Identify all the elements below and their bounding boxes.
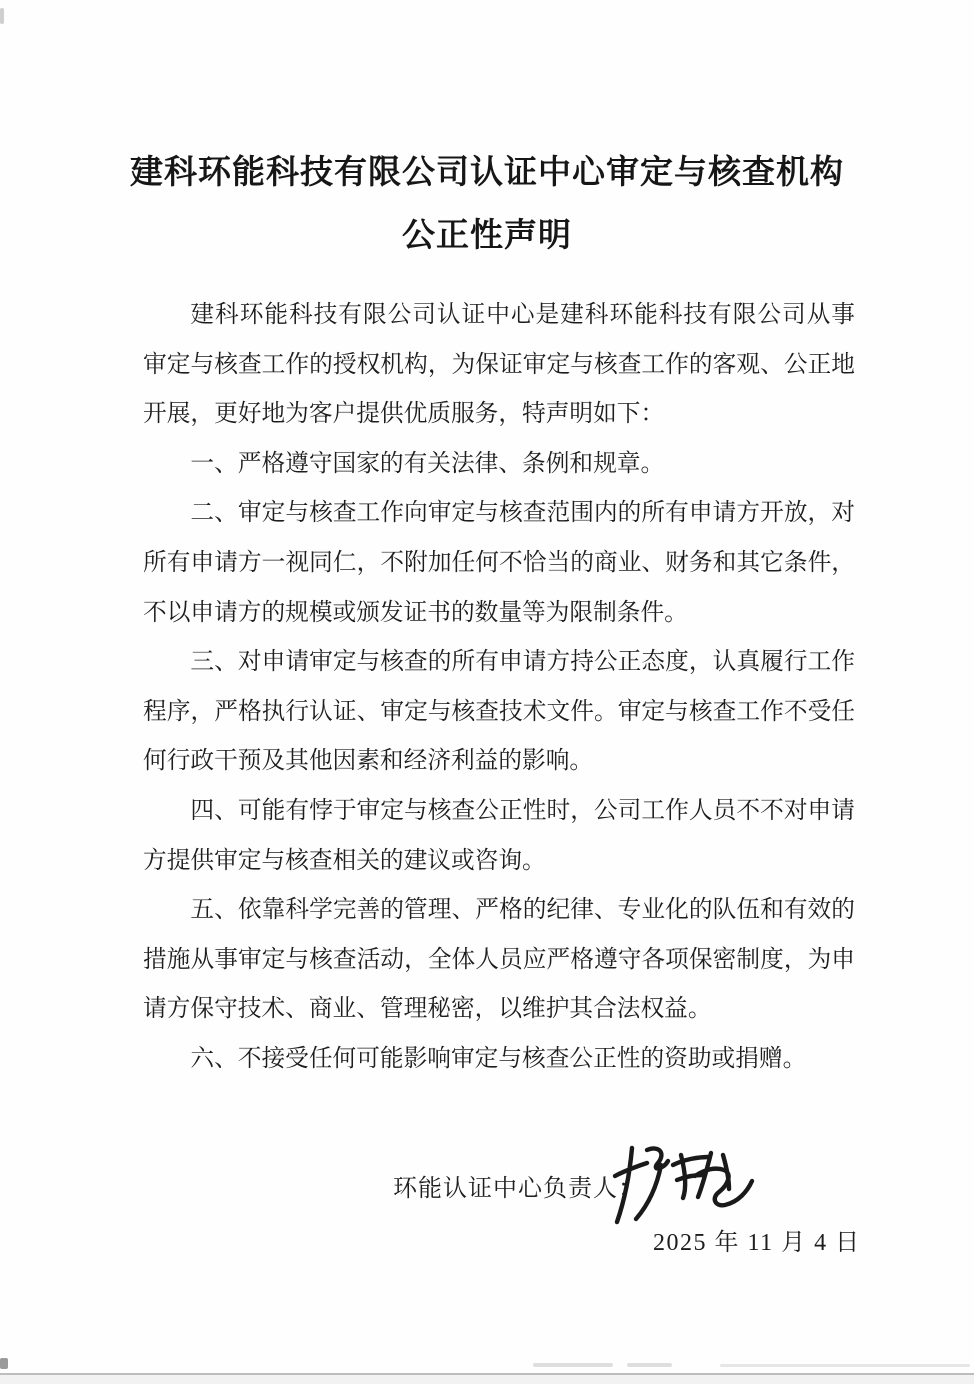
text-line: 一、严格遵守国家的有关法律、条例和规章。: [143, 440, 855, 490]
paragraph: 一、严格遵守国家的有关法律、条例和规章。: [143, 440, 855, 490]
scan-artifact: [533, 1363, 613, 1367]
text-line: 所有申请方一视同仁，不附加任何不恰当的商业、财务和其它条件，: [143, 539, 855, 589]
date-text: 2025 年 11 月 4 日: [653, 1222, 861, 1257]
text-line: 程序，严格执行认证、审定与核查技术文件。审定与核查工作不受任: [143, 688, 855, 738]
paragraph: 二、审定与核查工作向审定与核查范围内的所有申请方开放，对所有申请方一视同仁，不附…: [143, 489, 855, 638]
document-title: 建科环能科技有限公司认证中心审定与核查机构 公正性声明: [0, 140, 974, 266]
text-line: 五、依靠科学完善的管理、严格的纪律、专业化的队伍和有效的: [143, 886, 855, 936]
document-body: 建科环能科技有限公司认证中心是建科环能科技有限公司从事审定与核查工作的授权机构，…: [143, 291, 855, 1085]
text-line: 三、对申请审定与核查的所有申请方持公正态度，认真履行工作: [143, 638, 855, 688]
text-line: 请方保守技术、商业、管理秘密，以维护其合法权益。: [143, 985, 855, 1035]
signature-handwriting: [610, 1136, 760, 1231]
paragraph: 六、不接受任何可能影响审定与核查公正性的资助或捐赠。: [143, 1035, 855, 1085]
paragraph: 建科环能科技有限公司认证中心是建科环能科技有限公司从事审定与核查工作的授权机构，…: [143, 291, 855, 440]
text-line: 二、审定与核查工作向审定与核查范围内的所有申请方开放，对: [143, 489, 855, 539]
text-line: 建科环能科技有限公司认证中心是建科环能科技有限公司从事: [143, 291, 855, 341]
paragraph: 四、可能有悖于审定与核查公正性时，公司工作人员不不对申请方提供审定与核查相关的建…: [143, 787, 855, 886]
text-line: 开展，更好地为客户提供优质服务，特声明如下：: [143, 390, 855, 440]
text-line: 措施从事审定与核查活动，全体人员应严格遵守各项保密制度，为申: [143, 936, 855, 986]
scan-strip-bottom: [0, 1375, 974, 1384]
scanned-document-page: 建科环能科技有限公司认证中心审定与核查机构 公正性声明 建科环能科技有限公司认证…: [0, 0, 974, 1384]
title-line-2: 公正性声明: [0, 203, 974, 266]
scan-artifact: [0, 1358, 8, 1369]
text-line: 何行政干预及其他因素和经济利益的影响。: [143, 737, 855, 787]
scan-artifact: [627, 1363, 672, 1367]
text-line: 方提供审定与核查相关的建议或咨询。: [143, 837, 855, 887]
paragraph: 五、依靠科学完善的管理、严格的纪律、专业化的队伍和有效的措施从事审定与核查活动，…: [143, 886, 855, 1035]
signature-label: 环能认证中心负责人：: [393, 1168, 643, 1203]
signature-handwriting-icon: [610, 1136, 760, 1231]
scan-artifact: [0, 8, 4, 24]
text-line: 审定与核查工作的授权机构，为保证审定与核查工作的客观、公正地: [143, 341, 855, 391]
text-line: 四、可能有悖于审定与核查公正性时，公司工作人员不不对申请: [143, 787, 855, 837]
text-line: 六、不接受任何可能影响审定与核查公正性的资助或捐赠。: [143, 1035, 855, 1085]
paragraph: 三、对申请审定与核查的所有申请方持公正态度，认真履行工作程序，严格执行认证、审定…: [143, 638, 855, 787]
title-line-1: 建科环能科技有限公司认证中心审定与核查机构: [0, 140, 974, 203]
scan-artifact: [720, 1364, 970, 1367]
text-line: 不以申请方的规模或颁发证书的数量等为限制条件。: [143, 589, 855, 639]
